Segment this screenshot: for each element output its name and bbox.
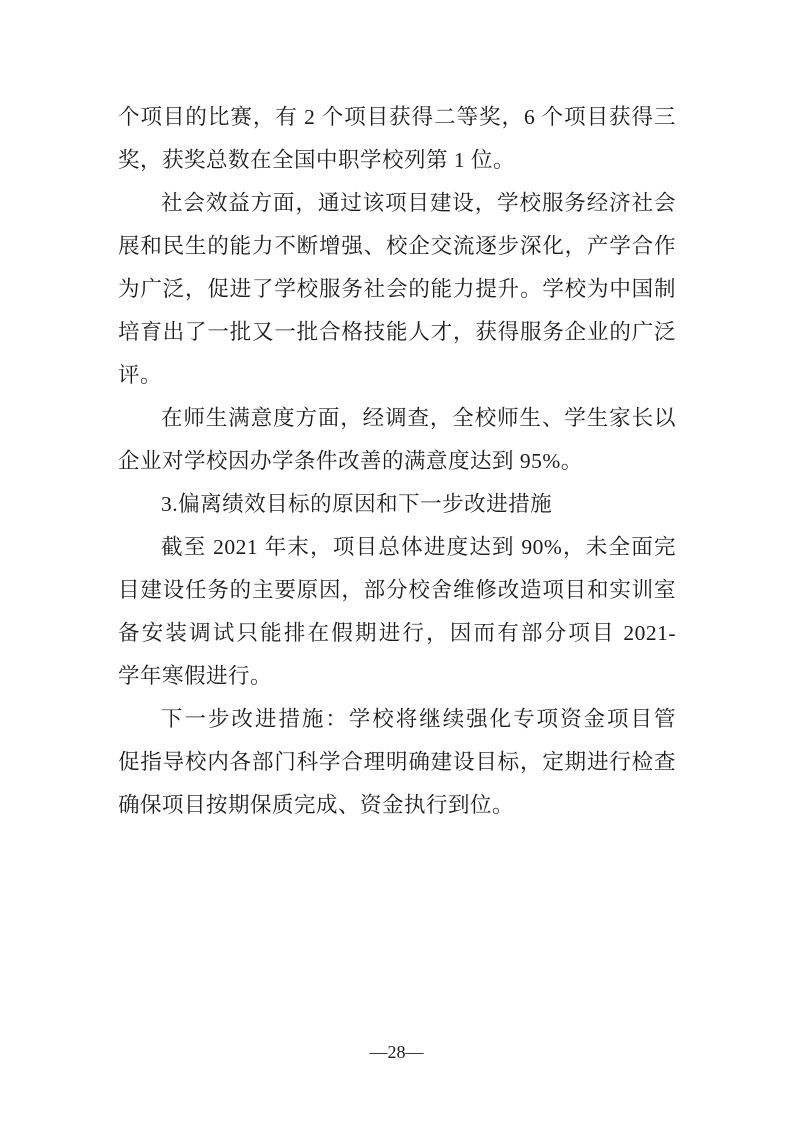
paragraph-continuation: 个项目的比赛，有 2 个项目获得二等奖，6 个项目获得三等 奖，获奖总数在全国中…: [118, 96, 676, 182]
text-line: 在师生满意度方面，经调查，全校师生、学生家长以及: [118, 397, 676, 440]
text-line: 3.偏离绩效目标的原因和下一步改进措施: [118, 483, 676, 526]
text-line: 备安装调试只能排在假期进行，因而有部分项目 2021-2022: [118, 612, 676, 655]
text-line: 促指导校内各部门科学合理明确建设目标，定期进行检查督促，: [118, 741, 676, 784]
text-line: 确保项目按期保质完成、资金执行到位。: [118, 784, 676, 827]
document-page: 个项目的比赛，有 2 个项目获得二等奖，6 个项目获得三等 奖，获奖总数在全国中…: [0, 0, 793, 1122]
text-line: 目建设任务的主要原因，部分校舍维修改造项目和实训室设: [118, 569, 676, 612]
paragraph-satisfaction: 在师生满意度方面，经调查，全校师生、学生家长以及 企业对学校因办学条件改善的满意…: [118, 397, 676, 483]
page-number: —28—: [0, 1040, 793, 1064]
paragraph-social-benefit: 社会效益方面，通过该项目建设，学校服务经济社会发 展和民生的能力不断增强、校企交…: [118, 182, 676, 397]
paragraph-heading-3: 3.偏离绩效目标的原因和下一步改进措施: [118, 483, 676, 526]
text-line: 企业对学校因办学条件改善的满意度达到 95%。: [118, 440, 676, 483]
text-line: 奖，获奖总数在全国中职学校列第 1 位。: [118, 139, 676, 182]
text-block: 个项目的比赛，有 2 个项目获得二等奖，6 个项目获得三等 奖，获奖总数在全国中…: [118, 96, 676, 827]
text-line: 展和民生的能力不断增强、校企交流逐步深化，产学合作更: [118, 225, 676, 268]
text-line: 截至 2021 年末，项目总体进度达到 90%，未全面完成项: [118, 526, 676, 569]
text-line: 学年寒假进行。: [118, 655, 676, 698]
text-line: 评。: [118, 354, 676, 397]
text-line: 下一步改进措施：学校将继续强化专项资金项目管理，督: [118, 698, 676, 741]
text-line: 培育出了一批又一批合格技能人才，获得服务企业的广泛好: [118, 311, 676, 354]
text-line: 个项目的比赛，有 2 个项目获得二等奖，6 个项目获得三等: [118, 96, 676, 139]
paragraph-progress: 截至 2021 年末，项目总体进度达到 90%，未全面完成项 目建设任务的主要原…: [118, 526, 676, 698]
paragraph-next-steps: 下一步改进措施：学校将继续强化专项资金项目管理，督 促指导校内各部门科学合理明确…: [118, 698, 676, 827]
text-line: 为广泛，促进了学校服务社会的能力提升。学校为中国制造: [118, 268, 676, 311]
text-line: 社会效益方面，通过该项目建设，学校服务经济社会发: [118, 182, 676, 225]
